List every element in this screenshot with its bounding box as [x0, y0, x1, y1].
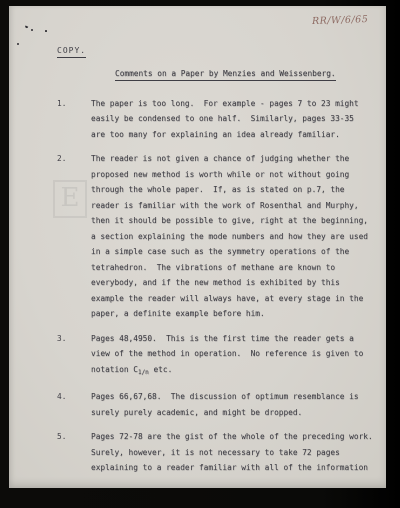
item-number: 5. — [57, 429, 91, 476]
list-item: 2. The reader is not given a chance of j… — [57, 151, 386, 322]
item-number: 3. — [57, 331, 91, 381]
embossed-stamp: E — [53, 180, 87, 218]
list-item: 5. Pages 72-78 are the gist of the whole… — [57, 429, 386, 476]
list-item: 3. Pages 48,4950. This is the first time… — [57, 331, 386, 381]
ink-speck — [45, 30, 47, 32]
list-item: 1. The paper is too long. For example - … — [57, 96, 386, 143]
scanner-background: RR/W/6/65 E COPY. Comments on a Paper by… — [0, 0, 400, 508]
item-text-segment: etc. — [149, 365, 172, 374]
notation-subscript: 1/n — [138, 369, 149, 376]
document-title: Comments on a Paper by Menzies and Weiss… — [115, 69, 336, 81]
item-text: Pages 66,67,68. The discussion of optimu… — [91, 389, 386, 420]
copy-label: COPY. — [57, 46, 86, 58]
item-text-segment: Pages 48,4950. This is the first time th… — [91, 334, 363, 374]
item-text: Pages 72-78 are the gist of the whole of… — [91, 429, 386, 476]
ink-speck — [31, 29, 33, 31]
item-number: 2. — [57, 151, 91, 322]
item-text: Pages 48,4950. This is the first time th… — [91, 331, 386, 381]
item-text: The reader is not given a chance of judg… — [91, 151, 386, 322]
document-page: RR/W/6/65 E COPY. Comments on a Paper by… — [9, 6, 386, 488]
item-number: 1. — [57, 96, 91, 143]
list-item: 4. Pages 66,67,68. The discussion of opt… — [57, 389, 386, 420]
item-text: The paper is too long. For example - pag… — [91, 96, 386, 143]
ink-speck — [17, 43, 19, 45]
item-number: 4. — [57, 389, 91, 420]
handwritten-reference: RR/W/6/65 — [311, 12, 368, 29]
comment-list: 1. The paper is too long. For example - … — [57, 96, 386, 476]
